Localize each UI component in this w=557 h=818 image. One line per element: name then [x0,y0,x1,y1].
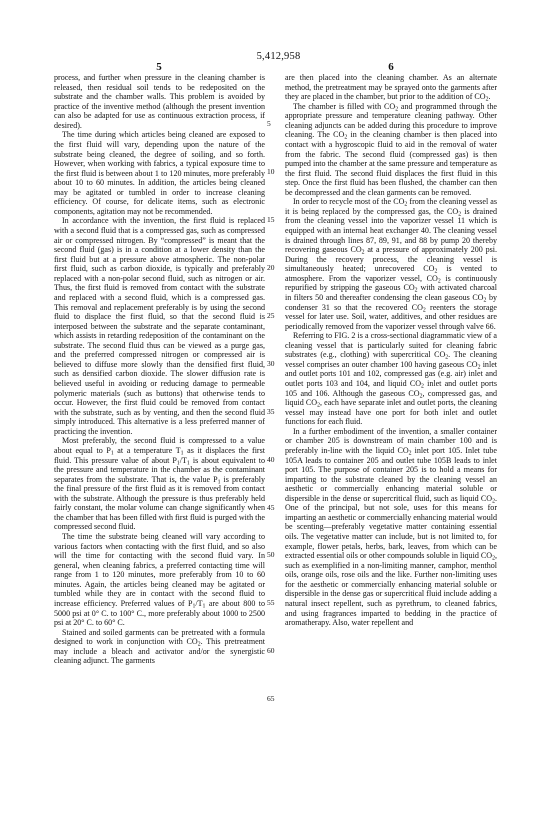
paragraph: Stained and soiled garments can be pretr… [54,628,265,666]
paragraph: In a further embodiment of the invention… [285,427,497,628]
column-number-right: 6 [381,61,401,73]
paragraph: In order to recycle most of the CO2 from… [285,197,497,331]
patent-number: 5,412,958 [0,51,557,62]
paragraph: In accordance with the invention, the fi… [54,216,265,436]
paragraph: Referring to FIG. 2 is a cross-sectional… [285,331,497,427]
line-number: 55 [267,598,283,607]
line-number: 30 [267,359,283,368]
paragraph: The chamber is filled with CO2 and progr… [285,102,497,198]
line-number: 65 [267,694,283,703]
line-number: 20 [267,263,283,272]
paragraph: The time the substrate being cleaned wil… [54,532,265,628]
right-column: are then placed into the cleaning chambe… [285,73,497,628]
line-number: 10 [267,167,283,176]
paragraph: Most preferably, the second fluid is com… [54,436,265,532]
line-number: 50 [267,550,283,559]
left-column: process, and further when pressure in th… [54,73,265,666]
line-number: 60 [267,646,283,655]
line-number: 35 [267,407,283,416]
line-number: 25 [267,311,283,320]
line-number: 40 [267,455,283,464]
paragraph: The time during which articles being cle… [54,130,265,216]
paragraph: process, and further when pressure in th… [54,73,265,130]
line-number: 15 [267,215,283,224]
line-number: 45 [267,503,283,512]
column-number-left: 5 [149,61,169,73]
paragraph: are then placed into the cleaning chambe… [285,73,497,102]
line-number: 5 [267,119,283,128]
